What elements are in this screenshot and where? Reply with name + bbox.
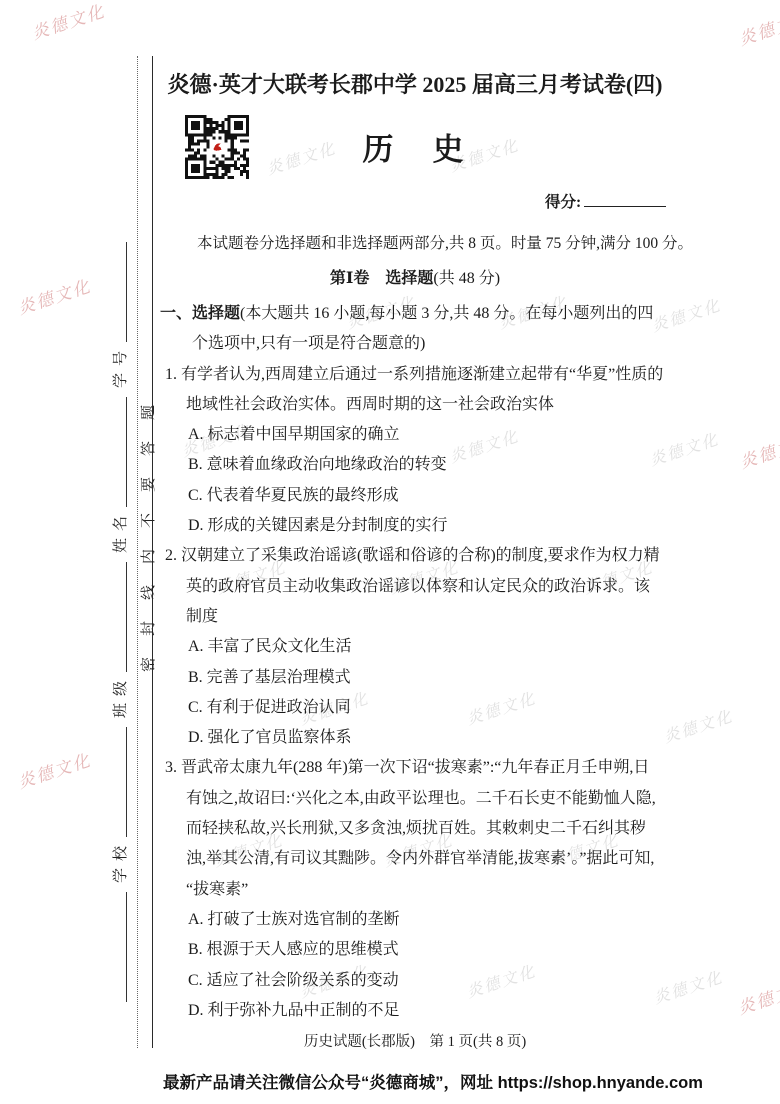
line-text: 个选项中,只有一项是符合题意的) (192, 335, 425, 352)
line-text: C. 代表着华夏民族的最终形成 (188, 487, 399, 504)
line-text: 有蚀之,故诏曰:‘兴化之本,由政平讼理也。二千石长吏不能勤恤人隐, (186, 790, 656, 807)
watermark-text: 炎德文化 (28, 0, 108, 44)
text-line: 2. 汉朝建立了采集政治谣谚(歌谣和俗谚的合称)的制度,要求作为权力精 (165, 541, 676, 571)
watermark-text: 炎德文化 (14, 746, 94, 793)
text-line: 而轻挟私故,兴长刑狱,又多贪浊,烦扰百姓。其敕刺史二千石纠其秽 (186, 814, 676, 844)
text-line: A. 丰富了民众文化生活 (188, 632, 676, 662)
part-one-points: (共 48 分) (433, 270, 500, 287)
text-line: 浊,举其公清,有司议其黜陟。令内外群官举清能,拔寒素’。”据此可知, (186, 844, 676, 874)
seal-student-info-fields: 学校 班级 姓名 学号 (109, 212, 129, 1032)
line-text: 而轻挟私故,兴长刑狱,又多贪浊,烦扰百姓。其敕刺史二千石纠其秽 (186, 820, 646, 837)
text-line: 英的政府官员主动收集政治谣谚以体察和认定民众的政治诉求。该 (186, 572, 676, 602)
exam-paper-page: 炎德文化炎德文化炎德文化炎德文化炎德文化炎德文化炎德文化炎德文化炎德文化炎德文化… (0, 0, 780, 1104)
line-bold-prefix: 一、选择题 (160, 305, 240, 322)
seal-info-field: 学校 (109, 839, 130, 1004)
line-text: 3. 晋武帝太康九年(288 年)第一次下诏“拔寒素”:“九年春正月壬申朔,日 (165, 759, 649, 776)
text-line: 1. 有学者认为,西周建立后通过一系列措施逐渐建立起带有“华夏”性质的 (165, 360, 676, 390)
text-line: D. 利于弥补九品中正制的不足 (188, 996, 676, 1026)
line-text: C. 有利于促进政治认同 (188, 699, 351, 716)
fill-in-blank-line (126, 562, 127, 672)
line-text: A. 标志着中国早期国家的确立 (188, 426, 400, 443)
seal-info-field: 班级 (109, 674, 130, 839)
score-row: 得分: (545, 190, 666, 212)
exam-title: 炎德·英才大联考长郡中学 2025 届高三月考试卷(四) (157, 68, 673, 99)
seal-field-label: 学号 (109, 344, 130, 395)
text-line: B. 完善了基层治理模式 (188, 663, 676, 693)
line-text: 英的政府官员主动收集政治谣谚以体察和认定民众的政治诉求。该 (186, 578, 650, 595)
part-one-heading: 第Ⅰ卷 选择题(共 48 分) (157, 265, 673, 288)
text-line: 地域性社会政治实体。西周时期的这一社会政治实体 (186, 390, 676, 420)
text-line: 有蚀之,故诏曰:‘兴化之本,由政平讼理也。二千石长吏不能勤恤人隐, (186, 784, 676, 814)
line-text: D. 利于弥补九品中正制的不足 (188, 1002, 400, 1019)
text-line: C. 适应了社会阶级关系的变动 (188, 966, 676, 996)
text-line: C. 代表着华夏民族的最终形成 (188, 481, 676, 511)
watermark-text: 炎德文化 (14, 272, 94, 319)
line-text: (本大题共 16 小题,每小题 3 分,共 48 分。在每小题列出的四 (240, 305, 653, 322)
seal-info-field: 学号 (109, 344, 130, 509)
text-line: 制度 (186, 602, 676, 632)
line-text: 地域性社会政治实体。西周时期的这一社会政治实体 (186, 396, 554, 413)
line-text: 浊,举其公清,有司议其黜陟。令内外群官举清能,拔寒素’。”据此可知, (186, 850, 654, 867)
seal-info-field: 姓名 (109, 509, 130, 674)
line-text: A. 打破了士族对选官制的垄断 (188, 911, 400, 928)
score-label: 得分: (545, 194, 581, 211)
seal-field-label: 姓名 (109, 509, 130, 560)
seal-field-label: 学校 (109, 839, 130, 890)
exam-instructions: 本试题卷分选择题和非选择题两部分,共 8 页。时量 75 分钟,满分 100 分… (197, 231, 677, 253)
line-text: 制度 (186, 608, 218, 625)
line-text: B. 意味着血缘政治向地缘政治的转变 (188, 456, 447, 473)
line-text: D. 强化了官员监察体系 (188, 729, 352, 746)
text-line: A. 打破了士族对选官制的垄断 (188, 905, 676, 935)
seal-field-label: 班级 (109, 674, 130, 725)
line-text: B. 根源于天人感应的思维模式 (188, 941, 399, 958)
line-text: 2. 汉朝建立了采集政治谣谚(歌谣和俗谚的合称)的制度,要求作为权力精 (165, 547, 660, 564)
score-blank-line (584, 192, 666, 207)
line-text: 1. 有学者认为,西周建立后通过一系列措施逐渐建立起带有“华夏”性质的 (165, 366, 663, 383)
page-footer: 历史试题(长郡版) 第 1 页(共 8 页) (157, 1030, 673, 1051)
text-line: A. 标志着中国早期国家的确立 (188, 420, 676, 450)
seal-warning-text: 密封线内不要答题 (138, 358, 156, 698)
line-text: “拔寒素” (186, 881, 248, 898)
line-text: C. 适应了社会阶级关系的变动 (188, 972, 399, 989)
text-line: D. 强化了官员监察体系 (188, 723, 676, 753)
fill-in-blank-line (126, 892, 127, 1002)
text-line: 个选项中,只有一项是符合题意的) (192, 329, 676, 359)
part-one-title: 第Ⅰ卷 选择题 (330, 270, 434, 287)
watermark-text: 炎德文化 (734, 972, 780, 1019)
text-line: 一、选择题(本大题共 16 小题,每小题 3 分,共 48 分。在每小题列出的四 (160, 299, 676, 329)
text-line: B. 意味着血缘政治向地缘政治的转变 (188, 450, 676, 480)
watermark-text: 炎德文化 (735, 3, 780, 50)
watermark-text: 炎德文化 (736, 426, 780, 473)
line-text: A. 丰富了民众文化生活 (188, 638, 352, 655)
line-text: B. 完善了基层治理模式 (188, 669, 351, 686)
promo-note: 最新产品请关注微信公众号“炎德商城”，网址 https://shop.hnyan… (163, 1069, 763, 1093)
question-body: 一、选择题(本大题共 16 小题,每小题 3 分,共 48 分。在每小题列出的四… (160, 299, 676, 1026)
text-line: 3. 晋武帝太康九年(288 年)第一次下诏“拔寒素”:“九年春正月壬申朔,日 (165, 753, 676, 783)
fill-in-blank-line (126, 397, 127, 507)
text-line: B. 根源于天人感应的思维模式 (188, 935, 676, 965)
subject-title: 历 史 (157, 124, 673, 169)
text-line: D. 形成的关键因素是分封制度的实行 (188, 511, 676, 541)
text-line: C. 有利于促进政治认同 (188, 693, 676, 723)
text-line: “拔寒素” (186, 875, 676, 905)
line-text: D. 形成的关键因素是分封制度的实行 (188, 517, 448, 534)
fill-in-blank-line (126, 727, 127, 837)
